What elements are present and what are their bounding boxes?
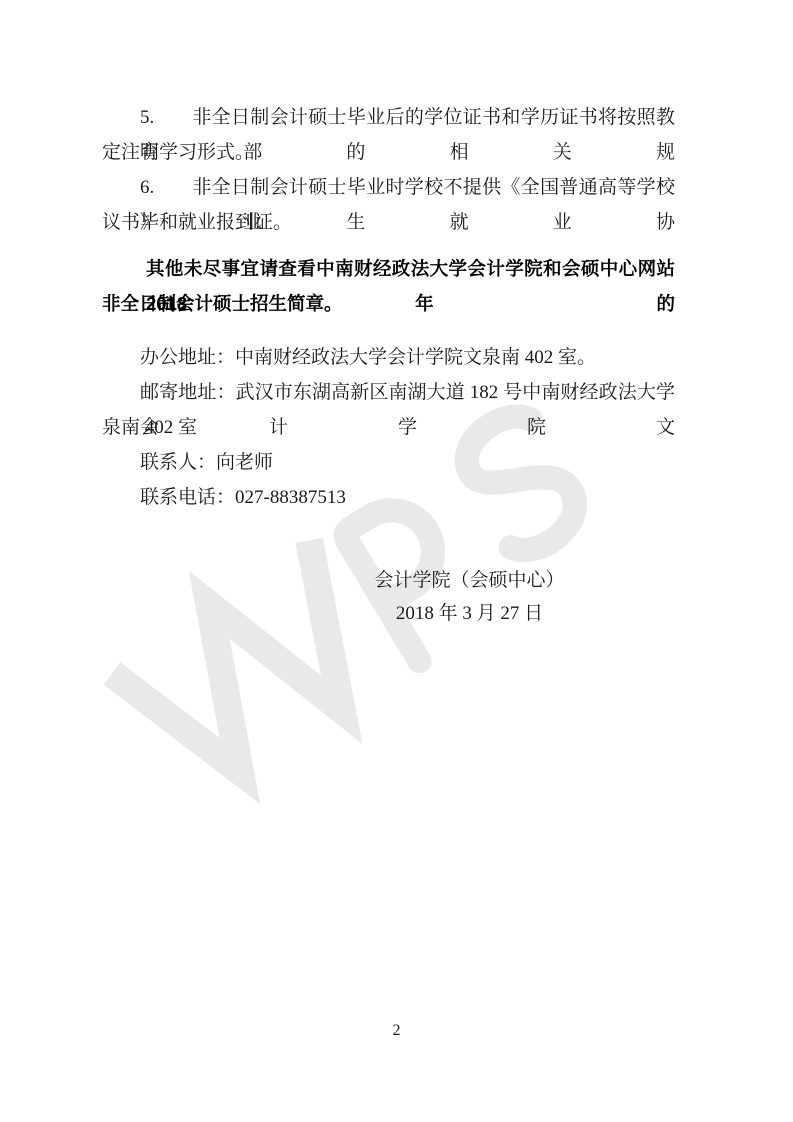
- list-item-5-line-1: 5.非全日制会计硕士毕业后的学位证书和学历证书将按照教育部的相关规: [102, 100, 675, 135]
- list-item-6-number: 6.: [140, 170, 192, 205]
- contact-phone: 联系电话：027-88387513: [102, 480, 675, 515]
- document-page: 5.非全日制会计硕士毕业后的学位证书和学历证书将按照教育部的相关规 定注明学习形…: [0, 0, 793, 1122]
- list-item-6-line-1: 6.非全日制会计硕士毕业时学校不提供《全国普通高等学校毕业生就业协: [102, 170, 675, 205]
- notice-line-1: 其他未尽事宜请查看中南财经政法大学会计学院和会硕中心网站 2018 年的: [102, 251, 675, 286]
- mailing-address-line-1: 邮寄地址：武汉市东湖高新区南湖大道 182 号中南财经政法大学会计学院文: [102, 375, 675, 410]
- office-address: 办公地址：中南财经政法大学会计学院文泉南 402 室。: [102, 340, 675, 375]
- signature-block: 会计学院（会硕中心） 2018 年 3 月 27 日: [264, 564, 675, 630]
- signature-date: 2018 年 3 月 27 日: [264, 597, 675, 630]
- list-item-5-number: 5.: [140, 100, 192, 135]
- document-body: 5.非全日制会计硕士毕业后的学位证书和学历证书将按照教育部的相关规 定注明学习形…: [102, 100, 675, 630]
- contact-person: 联系人：向老师: [102, 445, 675, 480]
- page-number: 2: [0, 1022, 793, 1040]
- signature-org: 会计学院（会硕中心）: [264, 564, 675, 597]
- notice-paragraph: 其他未尽事宜请查看中南财经政法大学会计学院和会硕中心网站 2018 年的 非全日…: [102, 251, 675, 321]
- contact-block: 办公地址：中南财经政法大学会计学院文泉南 402 室。 邮寄地址：武汉市东湖高新…: [102, 340, 675, 515]
